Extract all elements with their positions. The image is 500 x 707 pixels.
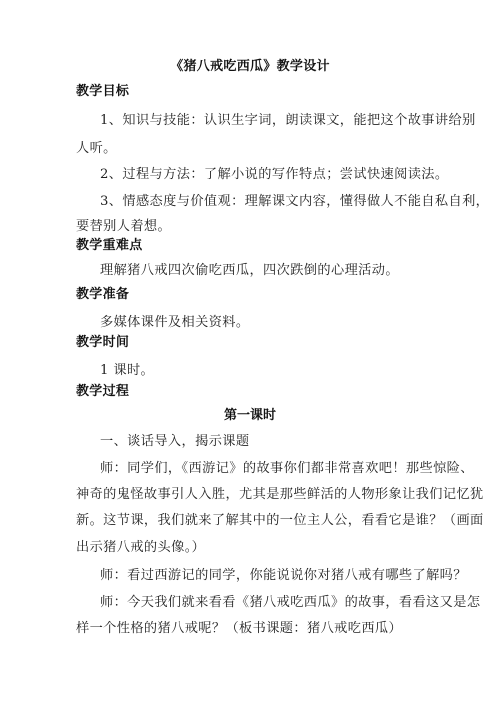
objective-item-3-line-1: 3、情感态度与价值观：理解课文内容，懂得做人不能自私自利， (100, 194, 425, 210)
heading-preparation: 教学准备 (76, 287, 129, 303)
objective-item-3-line-2: 要替别人着想。 (76, 219, 426, 235)
key-points-text: 理解猪八戒四次偷吃西瓜，四次跌倒的心理活动。 (100, 263, 430, 279)
paragraph-3-line-1: 师：今天我们就来看看《猪八戒吃西瓜》的故事，看看这又是怎 (100, 595, 425, 611)
document-page: 《猪八戒吃西瓜》教学设计 教学目标 1、知识与技能：认识生字词，朗读课文，能把这… (0, 0, 500, 707)
paragraph-3-line-2: 样一个性格的猪八戒呢？（板书课题：猪八戒吃西瓜） (76, 621, 426, 637)
lesson-title: 第一课时 (0, 408, 500, 424)
paragraph-1-line-4: 出示猪八戒的头像。） (76, 540, 426, 556)
heading-objectives: 教学目标 (76, 84, 129, 100)
heading-process: 教学过程 (76, 384, 129, 400)
paragraph-2: 师：看过西游记的同学，你能说说你对猪八戒有哪些了解吗？ (100, 568, 430, 584)
objective-item-1-line-1: 1、知识与技能：认识生字词，朗读课文，能把这个故事讲给别 (100, 113, 425, 129)
document-title: 《猪八戒吃西瓜》教学设计 (0, 59, 500, 75)
paragraph-1-line-3: 新。这节课，我们就来了解其中的一位主人公，看看它是谁？（画面 (76, 513, 425, 529)
objective-item-2: 2、过程与方法：了解小说的写作特点；尝试快速阅读法。 (100, 167, 430, 183)
heading-key-points: 教学重难点 (76, 238, 143, 254)
time-text: 1 课时。 (100, 363, 430, 379)
step-1-title: 一、谈话导入，揭示课题 (100, 434, 430, 450)
objective-item-1-line-2: 人听。 (76, 141, 426, 157)
paragraph-1-line-2: 神奇的鬼怪故事引人入胜，尤其是那些鲜活的人物形象让我们记忆犹 (76, 487, 425, 503)
heading-time: 教学时间 (76, 335, 129, 351)
paragraph-1-line-1: 师：同学们，《西游记》的故事你们都非常喜欢吧！那些惊险、 (100, 461, 425, 477)
preparation-text: 多媒体课件及相关资料。 (100, 315, 430, 331)
